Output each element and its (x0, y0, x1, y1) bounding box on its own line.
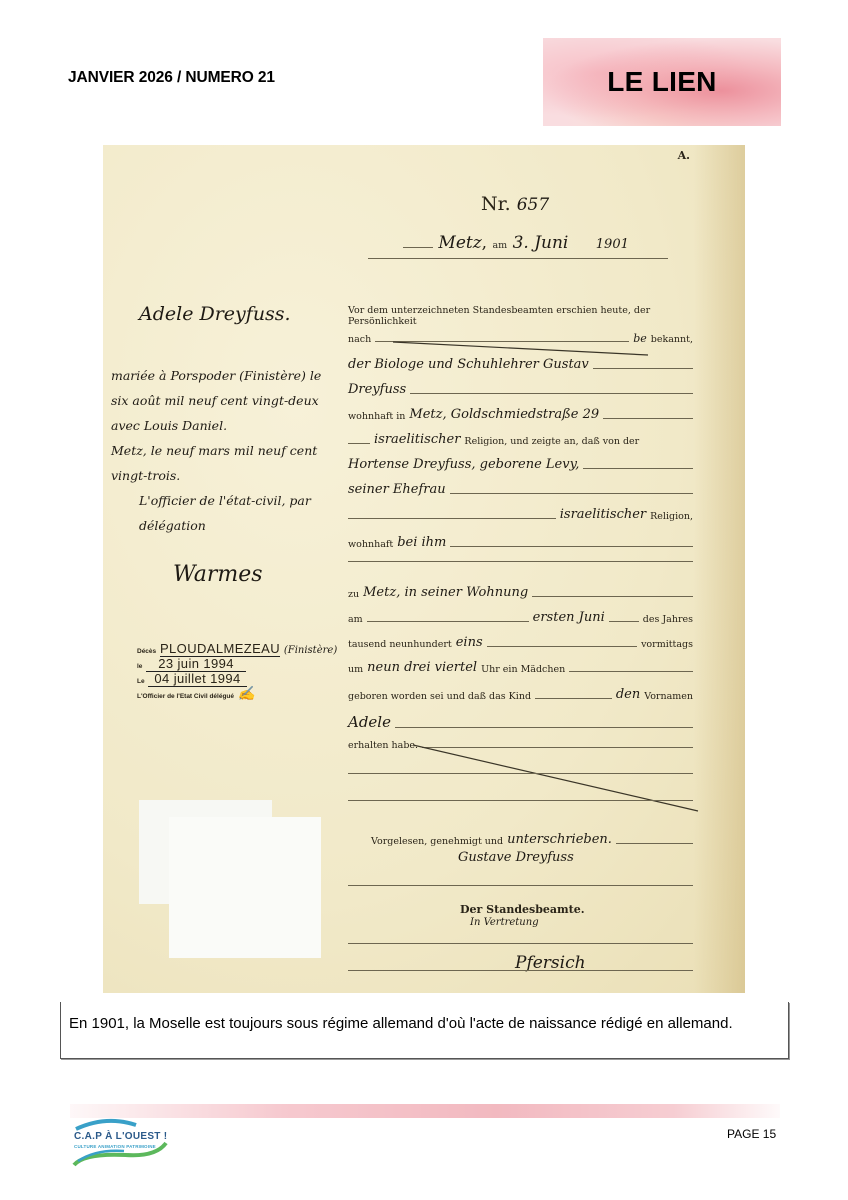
form-row: tausend neunhunderteinsvormittags (348, 635, 693, 650)
strike-through-line (393, 340, 653, 360)
record-number: Nr. 657 (481, 193, 549, 215)
form-row: israelitischerReligion, (348, 507, 693, 522)
form-row: israelitischerReligion, und zeigte an, d… (348, 432, 693, 447)
official-title: Der Standesbeamte. (460, 903, 585, 916)
official-deputy: In Vertretung (470, 917, 539, 928)
caption-box: En 1901, la Moselle est toujours sous ré… (60, 1002, 789, 1059)
form-row: Vorgelesen, genehmigt undunterschrieben. (371, 832, 693, 847)
wave-logo-icon (66, 1117, 176, 1169)
form-row: zuMetz, in seiner Wohnung (348, 585, 693, 600)
place-and-date: Metz, am 3. Juni 1901 (403, 233, 629, 253)
form-row: wohnhaftbei ihm (348, 535, 693, 550)
strike-through-line (413, 743, 703, 813)
masthead-banner: LE LIEN (543, 38, 781, 126)
birth-certificate-scan: A. Nr. 657 Metz, am 3. Juni 1901 Adele D… (103, 145, 745, 993)
margin-child-name: Adele Dreyfuss. (139, 303, 291, 325)
form-row: wohnhaft inMetz, Goldschmiedstraße 29 (348, 407, 693, 422)
masthead-title: LE LIEN (607, 66, 716, 98)
form-row: amersten Junides Jahres (348, 610, 693, 625)
form-row: seiner Ehefrau (348, 482, 693, 497)
form-row: umneun drei viertelUhr ein Mädchen (348, 660, 693, 675)
margin-marriage-note: mariée à Porspoder (Finistère) le six ao… (111, 363, 331, 538)
form-row: Adele (348, 713, 693, 731)
logo-tagline: CULTURE ANIMATION PATRIMOINE (74, 1144, 156, 1149)
form-row: Hortense Dreyfuss, geborene Levy, (348, 457, 693, 472)
record-number-value: 657 (517, 195, 549, 215)
blank-paper-patch (169, 817, 321, 958)
form-row (348, 560, 693, 565)
death-stamp: Décès PLOUDALMEZEAU (Finistère) le 23 ju… (137, 641, 337, 702)
caption-text: En 1901, la Moselle est toujours sous ré… (69, 1014, 780, 1033)
form-row: Vor dem unterzeichneten Standesbeamten e… (348, 305, 693, 327)
cap-a-louest-logo: C.A.P À L'OUEST ! CULTURE ANIMATION PATR… (66, 1117, 176, 1169)
logo-name: C.A.P À L'OUEST ! (74, 1131, 167, 1142)
margin-officer-signature: Warmes (173, 562, 263, 587)
issue-date-number: JANVIER 2026 / NUMERO 21 (68, 69, 275, 87)
corner-mark: A. (678, 149, 690, 162)
form-row: geboren worden sei und daß das KinddenVo… (348, 687, 693, 702)
form-row: Dreyfuss (348, 382, 693, 397)
page-number: PAGE 15 (727, 1127, 776, 1141)
declarant-signature: Gustave Dreyfuss (458, 850, 574, 865)
footer-band (70, 1104, 780, 1118)
